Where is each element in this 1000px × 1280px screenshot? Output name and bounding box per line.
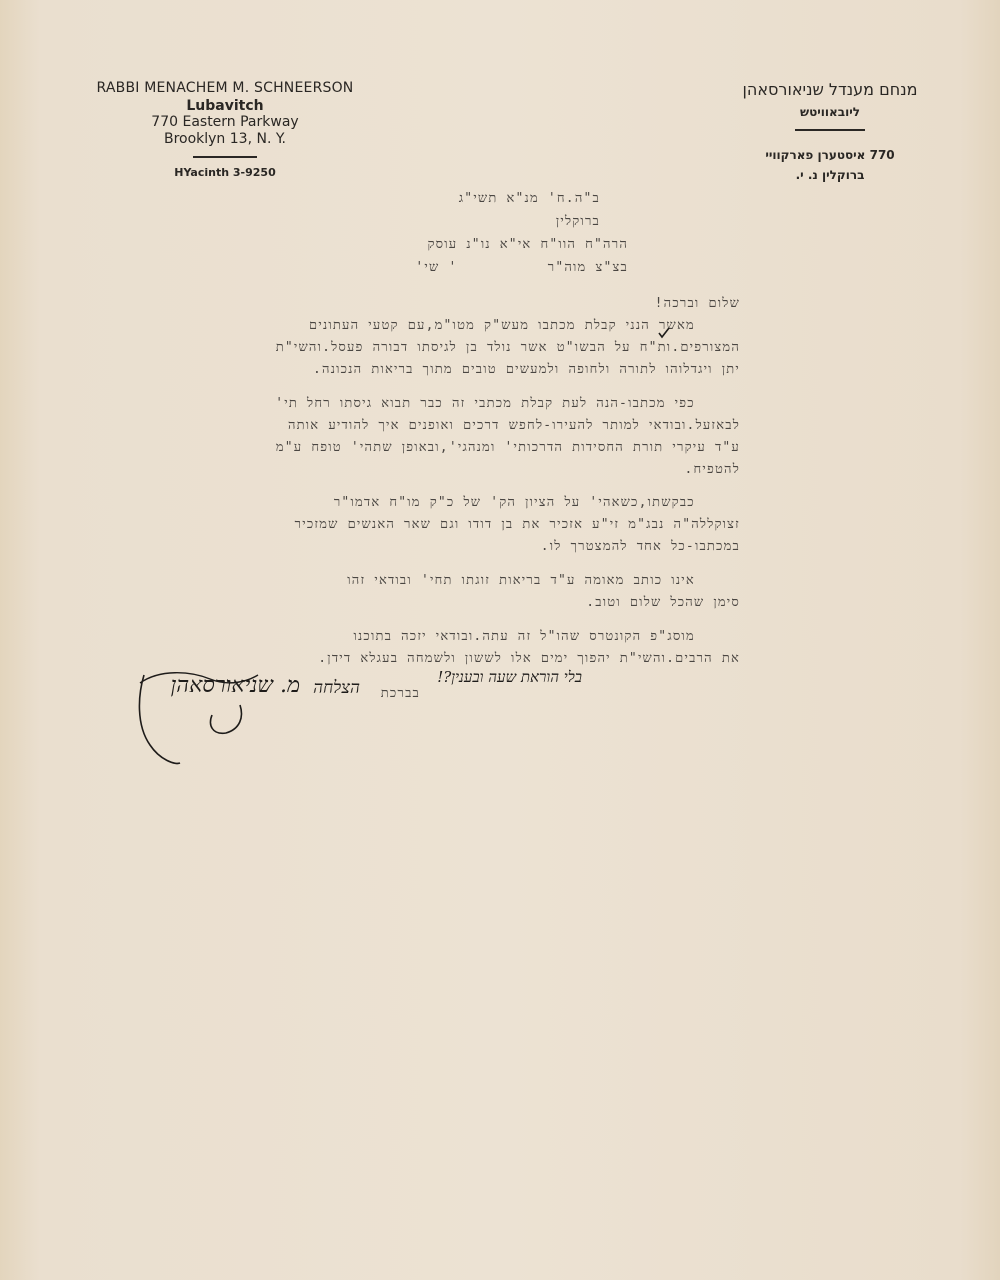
- paragraph-1-line-3: יתן ויגדלוהו לתורה ולחופה ולמעשים טובים …: [313, 361, 740, 377]
- recipient-line1: הרה"ח הוו"ח אי"א נו"נ עוסק: [428, 236, 629, 252]
- paragraph-3-line-3: במכתבו-כל אחד להמצטרך לו.: [541, 538, 740, 554]
- paragraph-4-line-1: אינו כותב מאומה ע"ד בריאות זוגתו תחי' וב…: [347, 572, 740, 588]
- greeting: שלום וברכה!: [655, 295, 740, 311]
- letterhead-subtitle: Lubavitch: [60, 98, 390, 114]
- paragraph-2-line-2: לבאזעל.ובודאי למותר להעירו-לחפש דרכים וא…: [288, 417, 740, 433]
- date-line: ב"ה.ח' מנ"א תשי"ג: [459, 190, 600, 206]
- recipient-line2: בצ"צ מוה"ר ' שי': [415, 259, 628, 275]
- paragraph-3-line-1: כבקשתו,כשאהי' על הציון הק' של כ"ק מו"ח א…: [334, 494, 740, 510]
- paragraph-2-line-1: כפי מכתבו-הנה לעת קבלת מכתבי זה כבר תבוא…: [275, 395, 740, 411]
- paragraph-5-line-2: את הרבים.והשי"ת יהפוך ימים אלו לששון ולש…: [318, 650, 740, 666]
- paragraph-5-line-1: מוסג"פ הקונטרס שהו"ל זה עתה.ובודאי יזכה …: [353, 628, 740, 644]
- letterhead-name: RABBI MENACHEM M. SCHNEERSON: [60, 80, 390, 96]
- paragraph-4-line-2: סימן שהכל שלום וטוב.: [586, 594, 740, 610]
- paragraph-3-line-2: זצוקללה"ה נבג"מ זי"ע אזכיר את בן דודו וג…: [295, 516, 740, 532]
- handwritten-note: בלי הוראת שעה ובענין?!: [437, 668, 582, 687]
- letterhead-hebrew: מנחם מענדל שניאורסאהן ליובאוויטש 770 איס…: [700, 80, 960, 185]
- letterhead-hebrew-subtitle: ליובאוויטש: [700, 105, 960, 119]
- checkmark-annotation-icon: [657, 326, 671, 340]
- paragraph-1-line-2: המצורפים.ות"ח על הבשו"ט אשר נולד בן לגיס…: [276, 339, 740, 355]
- letterhead-divider: [193, 156, 257, 158]
- letter-paper: RABBI MENACHEM M. SCHNEERSON Lubavitch 7…: [0, 0, 1000, 1280]
- paragraph-2-line-4: להטפיח.: [684, 461, 740, 477]
- paragraph-1-line-1: מאשר הנני קבלת מכתבו מעש"ק מטו"מ,עם קטעי…: [309, 317, 740, 333]
- signature-flourish-icon: [130, 665, 280, 770]
- letterhead-english: RABBI MENACHEM M. SCHNEERSON Lubavitch 7…: [60, 80, 390, 179]
- letterhead-address-line2: Brooklyn 13, N. Y.: [60, 131, 390, 148]
- letterhead-hebrew-address-line2: ברוקלין נ. י.: [700, 165, 960, 185]
- closing-typed: בברכת: [381, 685, 420, 701]
- letterhead-address-line1: 770 Eastern Parkway: [60, 114, 390, 131]
- letterhead-phone: HYacinth 3-9250: [60, 166, 390, 179]
- letterhead-hebrew-address-line1: 770 איסטערן פארקוויי: [700, 145, 960, 165]
- paragraph-2-line-3: ע"ד עיקרי תורת החסידות הדרכותי' ומנהגי',…: [276, 439, 740, 455]
- letterhead-hebrew-divider: [795, 129, 865, 131]
- closing-handwritten: הצלחה: [313, 678, 360, 698]
- letterhead-hebrew-name: מנחם מענדל שניאורסאהן: [700, 80, 960, 99]
- place-line: ברוקלין: [556, 213, 600, 229]
